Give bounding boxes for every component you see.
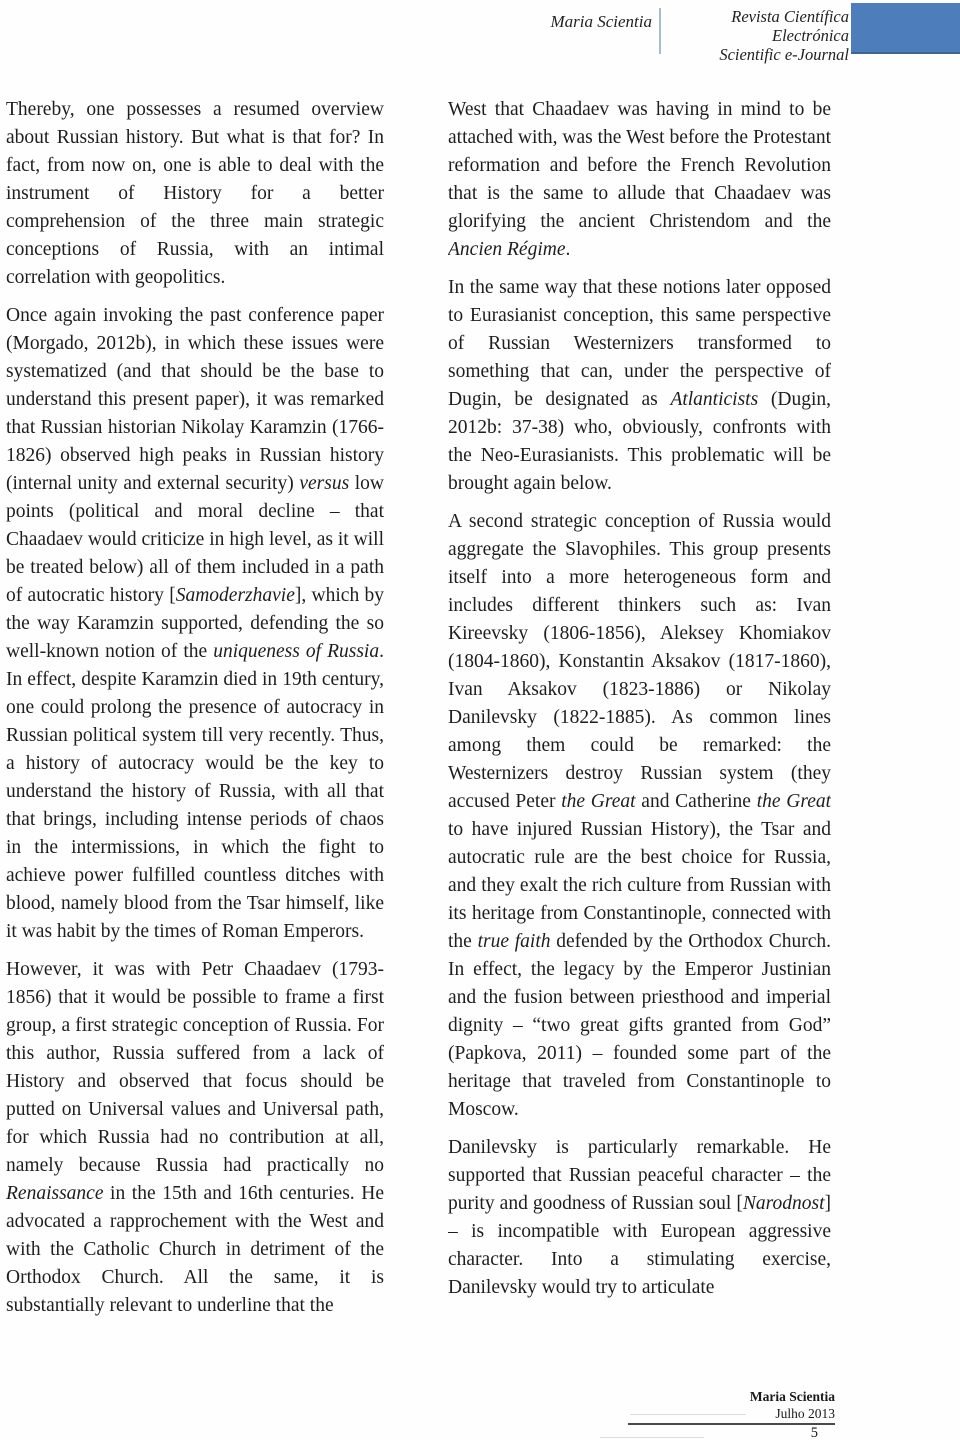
column-right: West that Chaadaev was having in mind to… <box>448 96 831 1368</box>
header-subtitle: Revista Científica Electrónica Scientifi… <box>655 7 849 64</box>
header-accent-box <box>851 3 960 54</box>
document-page: Maria Scientia Revista Científica Electr… <box>0 0 960 1440</box>
paragraph: However, it was with Petr Chaadaev (1793… <box>6 956 384 1320</box>
paragraph: Danilevsky is particularly remarkable. H… <box>448 1134 831 1302</box>
header-journal-name: Maria Scientia <box>538 12 652 32</box>
footer-journal-name: Maria Scientia <box>628 1388 835 1405</box>
footer-date: Julho 2013 <box>628 1405 835 1422</box>
paragraph: A second strategic conception of Russia … <box>448 508 831 1124</box>
header-subtitle-en: Scientific e-Journal <box>655 45 849 64</box>
paragraph: Thereby, one possesses a resumed overvie… <box>6 96 384 292</box>
paragraph: Once again invoking the past conference … <box>6 302 384 946</box>
column-left: Thereby, one possesses a resumed overvie… <box>6 96 384 1368</box>
footer-page-number: 5 <box>628 1425 835 1440</box>
header-subtitle-pt: Revista Científica Electrónica <box>655 7 849 45</box>
paragraph: West that Chaadaev was having in mind to… <box>448 96 831 264</box>
paragraph: In the same way that these notions later… <box>448 274 831 498</box>
page-footer: Maria Scientia Julho 2013 5 <box>628 1388 835 1440</box>
